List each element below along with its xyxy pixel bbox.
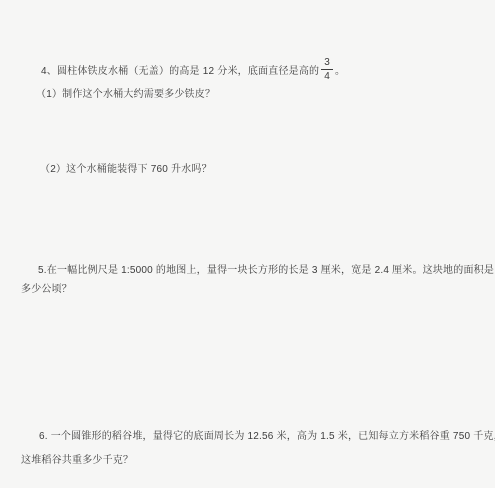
problem-5-line-1: 5.在一幅比例尺是 1:5000 的地图上，量得一块长方形的长是 3 厘米，宽是… [38, 265, 494, 277]
problem-4-subquestion-1: （1）制作这个水桶大约需要多少铁皮？ [36, 89, 215, 101]
fraction-denominator: 4 [324, 70, 330, 82]
problem-4-stem-text: 4、圆柱体铁皮水桶（无盖）的高是 12 分米，底面直径是高的 [41, 62, 319, 77]
fraction-three-fourths: 3 4 [321, 57, 333, 82]
problem-4-stem-period: 。 [335, 62, 345, 77]
worksheet-page: 4、圆柱体铁皮水桶（无盖）的高是 12 分米，底面直径是高的 3 4 。 （1）… [0, 0, 495, 488]
problem-4-subquestion-2: （2）这个水桶能装得下 760 升水吗？ [40, 164, 212, 176]
problem-5-line-2: 多少公顷？ [21, 284, 72, 296]
problem-4-stem: 4、圆柱体铁皮水桶（无盖）的高是 12 分米，底面直径是高的 3 4 。 [41, 54, 345, 84]
problem-6-line-1: 6. 一个圆锥形的稻谷堆，量得它的底面周长为 12.56 米，高为 1.5 米，… [39, 431, 495, 443]
problem-6-line-2: 这堆稻谷共重多少千克？ [21, 455, 133, 467]
fraction-numerator: 3 [321, 57, 333, 70]
